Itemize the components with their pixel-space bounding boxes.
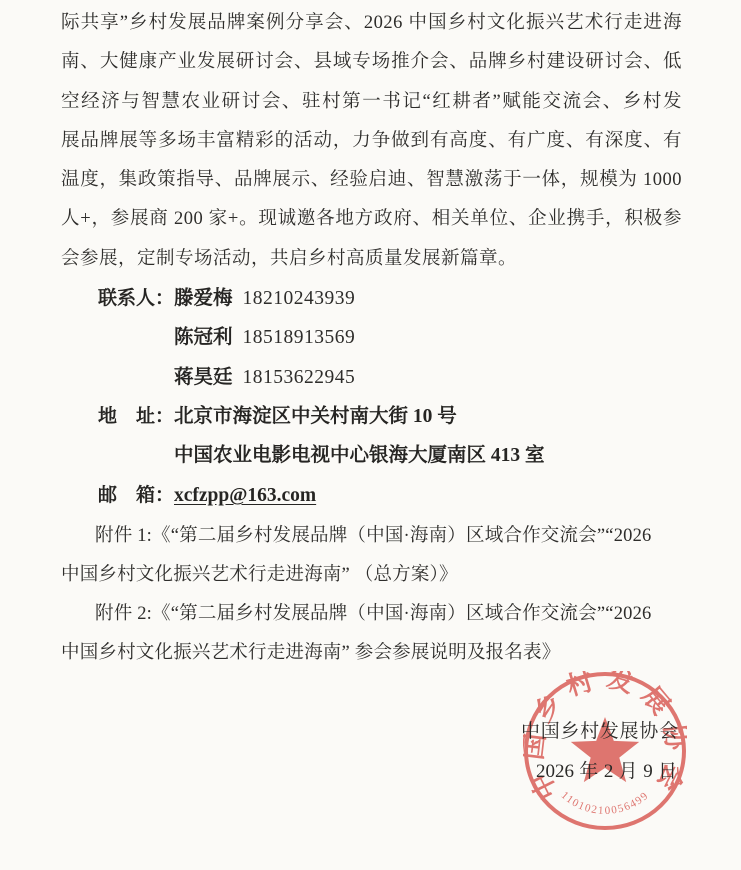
email-label: 邮 箱： [98,483,174,509]
signature-organization: 中国乡村发展协会 [521,720,678,744]
email-line: 邮 箱：xcfzpp@163.com [98,483,316,509]
contact-label: 联系人： [98,286,174,312]
seal-serial-number: 11010210056499 [559,789,652,817]
contact-name: 陈冠利 [174,327,233,348]
body-line: 会参展，定制专场活动，共启乡村高质量发展新篇章。 [61,246,682,272]
official-seal: 中国乡村发展协会 11010210056499 [523,671,687,831]
attachment-line: 附件 1:《“第二届乡村发展品牌（中国·海南）区域合作交流会”“2026 [95,523,652,549]
document-page: 际共享”乡村发展品牌案例分享会、2026 中国乡村文化振兴艺术行走进海 南、大健… [0,0,741,870]
body-line: 人+，参展商 200 家+。现诚邀各地方政府、相关单位、企业携手，积极参 [61,206,682,232]
attachment-line: 中国乡村文化振兴艺术行走进海南” 参会参展说明及报名表》 [61,640,560,666]
attachment-line: 附件 2:《“第二届乡村发展品牌（中国·海南）区域合作交流会”“2026 [95,601,652,627]
body-line: 温度，集政策指导、品牌展示、经验启迪、智慧激荡于一体，规模为 1000 [61,167,682,193]
body-line: 空经济与智慧农业研讨会、驻村第一书记“红耕者”赋能交流会、乡村发 [61,89,682,115]
contact-name: 滕爱梅 [174,288,233,309]
attachment-line: 中国乡村文化振兴艺术行走进海南” （总方案）》 [61,562,458,588]
email-link[interactable]: xcfzpp@163.com [174,485,316,506]
signature-date: 2026 年 2 月 9 日 [536,760,677,784]
contact-line: 蒋昊廷18153622945 [174,365,355,391]
address-line: 地 址：北京市海淀区中关村南大街 10 号 [98,404,457,430]
contact-line: 联系人：滕爱梅18210243939 [98,286,355,312]
address-label: 地 址： [98,404,174,430]
contact-phone: 18518913569 [243,327,356,348]
contact-phone: 18210243939 [243,288,356,309]
body-line: 南、大健康产业发展研讨会、县域专场推介会、品牌乡村建设研讨会、低 [61,49,682,75]
contact-name: 蒋昊廷 [174,367,233,388]
body-line: 展品牌展等多场丰富精彩的活动，力争做到有高度、有广度、有深度、有 [61,128,682,154]
seal-graphic: 中国乡村发展协会 11010210056499 [523,671,687,831]
address-value: 北京市海淀区中关村南大街 10 号 [174,406,457,427]
body-line: 际共享”乡村发展品牌案例分享会、2026 中国乡村文化振兴艺术行走进海 [61,10,682,36]
contact-line: 陈冠利18518913569 [174,325,355,351]
address-line: 中国农业电影电视中心银海大厦南区 413 室 [174,443,545,469]
contact-phone: 18153622945 [243,367,356,388]
